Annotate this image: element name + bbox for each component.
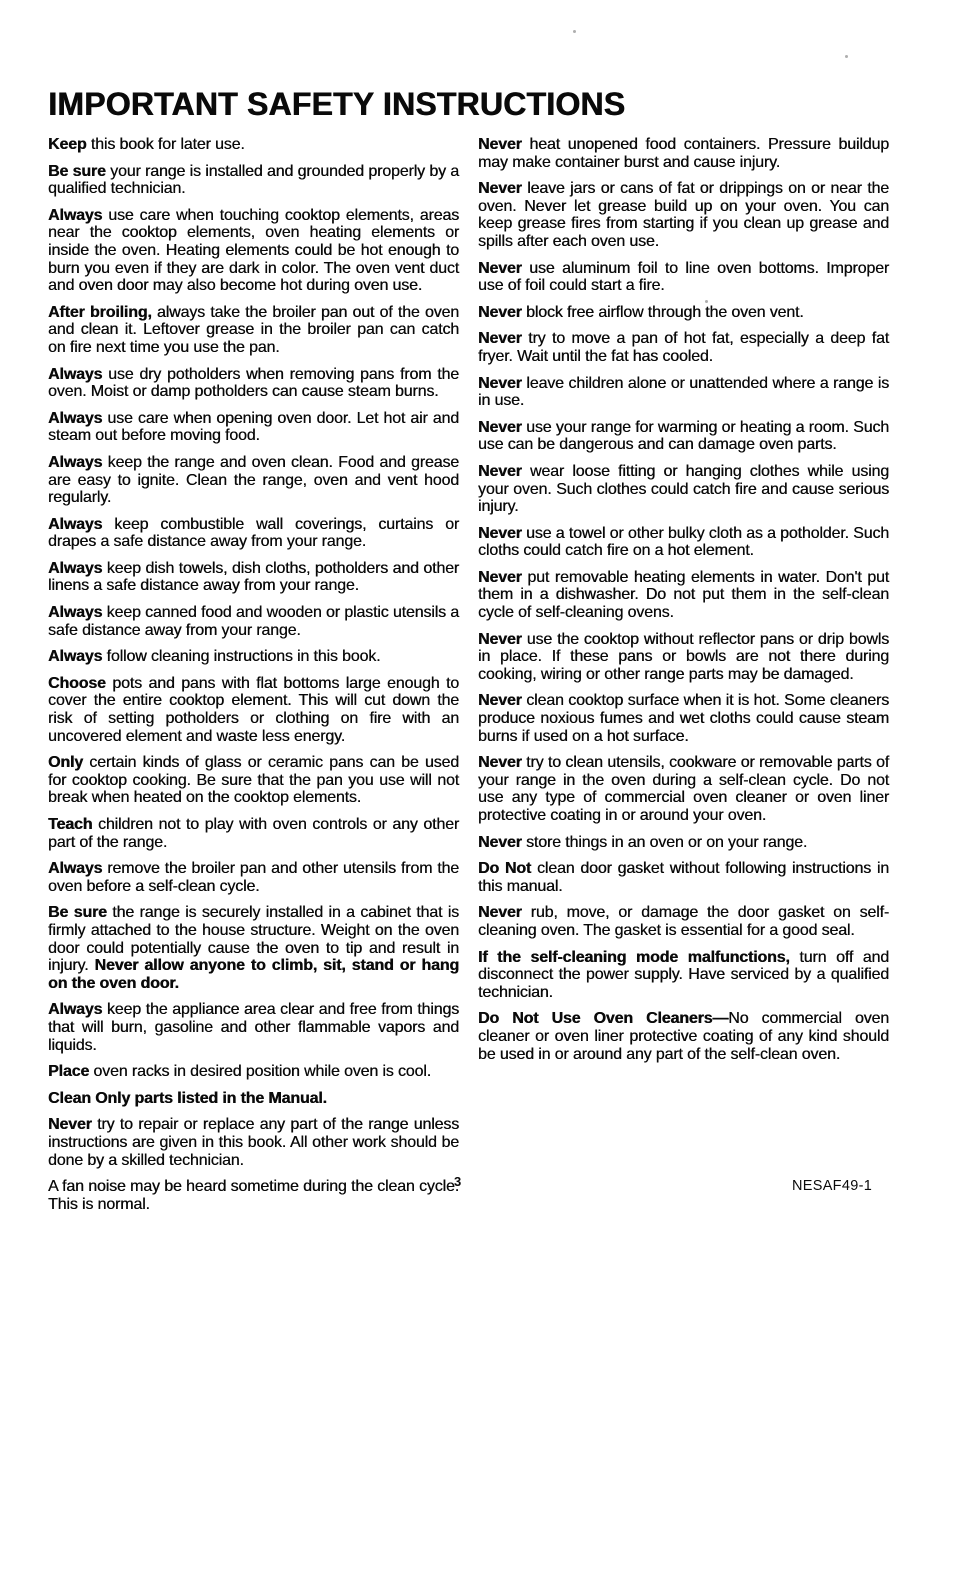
paragraph-lead: After broiling, (48, 304, 152, 321)
paragraph-lead: Never (478, 754, 522, 771)
paragraph-lead: Always (48, 410, 102, 427)
safety-paragraph: Be sure your range is installed and grou… (48, 163, 459, 198)
safety-paragraph: Never try to move a pan of hot fat, espe… (478, 330, 889, 365)
paragraph-lead: Never (478, 180, 522, 197)
scan-speck (845, 55, 848, 58)
paragraph-text: use your range for warming or heating a … (478, 419, 889, 454)
paragraph-text: use dry potholders when removing pans fr… (48, 366, 459, 401)
paragraph-lead: Always (48, 207, 102, 224)
paragraph-text: try to repair or replace any part of the… (48, 1116, 459, 1168)
paragraph-text: keep dish towels, dish cloths, potholder… (48, 560, 459, 595)
paragraph-lead: Always (48, 860, 102, 877)
safety-paragraph: Never try to clean utensils, cookware or… (478, 754, 889, 824)
safety-paragraph: Always keep canned food and wooden or pl… (48, 604, 459, 639)
paragraph-lead: Never (478, 463, 522, 480)
safety-paragraph: Clean Only parts listed in the Manual. (48, 1090, 459, 1108)
safety-paragraph: If the self-cleaning mode malfunctions, … (478, 949, 889, 1002)
paragraph-text: wear loose fitting or hanging clothes wh… (478, 463, 889, 515)
paragraph-text: rub, move, or damage the door gasket on … (478, 904, 889, 939)
safety-paragraph: Never use a towel or other bulky cloth a… (478, 525, 889, 560)
safety-paragraph: Never leave children alone or unattended… (478, 375, 889, 410)
paragraph-lead: Never (478, 904, 522, 921)
paragraph-lead: Choose (48, 675, 106, 692)
safety-paragraph: Do Not Use Oven Cleaners—No commercial o… (478, 1010, 889, 1063)
paragraph-text: heat unopened food containers. Pressure … (478, 136, 889, 171)
safety-paragraph: Never store things in an oven or on your… (478, 834, 889, 852)
safety-paragraph: Never block free airflow through the ove… (478, 304, 889, 322)
safety-paragraph: Never put removable heating elements in … (478, 569, 889, 622)
paragraph-lead: Be sure (48, 163, 106, 180)
paragraph-lead: Never (478, 569, 522, 586)
paragraph-lead: Only (48, 754, 83, 771)
paragraph-lead: Never (48, 1116, 92, 1133)
paragraph-lead: Never (478, 692, 522, 709)
paragraph-text: pots and pans with flat bottoms large en… (48, 675, 459, 745)
paragraph-lead: If the self-cleaning mode malfunctions, (478, 949, 790, 966)
paragraph-lead: Never allow anyone to climb, sit, stand … (48, 957, 459, 992)
safety-paragraph: Always use care when touching cooktop el… (48, 207, 459, 295)
safety-paragraph: Never heat unopened food containers. Pre… (478, 136, 889, 171)
paragraph-lead: Be sure (48, 904, 107, 921)
paragraph-text: keep canned food and wooden or plastic u… (48, 604, 459, 639)
paragraph-text: use aluminum foil to line oven bottoms. … (478, 260, 889, 295)
safety-paragraph: Always keep the range and oven clean. Fo… (48, 454, 459, 507)
safety-paragraph: Place oven racks in desired position whi… (48, 1063, 459, 1081)
paragraph-text: remove the broiler pan and other utensil… (48, 860, 459, 895)
safety-paragraph: Always keep combustible wall coverings, … (48, 516, 459, 551)
page-number: 3 (454, 1174, 461, 1189)
safety-paragraph: After broiling, always take the broiler … (48, 304, 459, 357)
paragraph-lead: Always (48, 454, 102, 471)
safety-paragraph: Never clean cooktop surface when it is h… (478, 692, 889, 745)
safety-paragraph: Always keep the appliance area clear and… (48, 1001, 459, 1054)
safety-paragraph: Never leave jars or cans of fat or dripp… (478, 180, 889, 250)
scan-speck (573, 30, 576, 33)
safety-paragraph: Always use dry potholders when removing … (48, 366, 459, 401)
paragraph-lead: Teach (48, 816, 92, 833)
paragraph-text: oven racks in desired position while ove… (89, 1063, 431, 1080)
safety-paragraph: Never wear loose fitting or hanging clot… (478, 463, 889, 516)
paragraph-lead: Never (478, 419, 522, 436)
safety-paragraph: Never rub, move, or damage the door gask… (478, 904, 889, 939)
scan-speck (705, 300, 708, 303)
safety-paragraph: Be sure the range is securely installed … (48, 904, 459, 992)
paragraph-text: A fan noise may be heard sometime during… (48, 1178, 459, 1213)
two-column-layout: Keep this book for later use.Be sure you… (48, 136, 890, 1222)
paragraph-lead: Never (478, 330, 522, 347)
safety-paragraph: Never use the cooktop without reflector … (478, 631, 889, 684)
paragraph-lead: Never (478, 260, 522, 277)
paragraph-lead: Always (48, 604, 102, 621)
paragraph-lead: Never (478, 525, 522, 542)
doc-code: NESAF49-1 (792, 1178, 872, 1194)
safety-paragraph: Always use care when opening oven door. … (48, 410, 459, 445)
safety-paragraph: Keep this book for later use. (48, 136, 459, 154)
paragraph-lead: Always (48, 516, 102, 533)
paragraph-lead: Always (48, 648, 102, 665)
paragraph-lead: Always (48, 366, 102, 383)
paragraph-text: keep the appliance area clear and free f… (48, 1001, 459, 1053)
paragraph-text: children not to play with oven controls … (48, 816, 459, 851)
paragraph-lead: Never (478, 631, 522, 648)
paragraph-text: use a towel or other bulky cloth as a po… (478, 525, 889, 560)
paragraph-text: clean cooktop surface when it is hot. So… (478, 692, 889, 744)
safety-paragraph: Never try to repair or replace any part … (48, 1116, 459, 1169)
paragraph-text: this book for later use. (87, 136, 245, 153)
paragraph-text: store things in an oven or on your range… (522, 834, 807, 851)
paragraph-text: try to move a pan of hot fat, especially… (478, 330, 889, 365)
safety-paragraph: Never use aluminum foil to line oven bot… (478, 260, 889, 295)
paragraph-text: clean door gasket without following inst… (478, 860, 889, 895)
paragraph-lead: Keep (48, 136, 87, 153)
paragraph-text: certain kinds of glass or ceramic pans c… (48, 754, 459, 806)
paragraph-lead: Always (48, 560, 102, 577)
safety-paragraph: Choose pots and pans with flat bottoms l… (48, 675, 459, 745)
paragraph-lead: Never (478, 136, 522, 153)
safety-paragraph: Always follow cleaning instructions in t… (48, 648, 459, 666)
paragraph-text: use the cooktop without reflector pans o… (478, 631, 889, 683)
safety-paragraph: Only certain kinds of glass or ceramic p… (48, 754, 459, 807)
paragraph-text: your range is installed and grounded pro… (48, 163, 459, 198)
paragraph-text: follow cleaning instructions in this boo… (102, 648, 380, 665)
safety-paragraph: A fan noise may be heard sometime during… (48, 1178, 459, 1213)
left-column: Keep this book for later use.Be sure you… (48, 136, 459, 1222)
paragraph-text: block free airflow through the oven vent… (522, 304, 804, 321)
paragraph-lead: Clean Only parts listed in the Manual. (48, 1090, 327, 1107)
paragraph-text: use care when touching cooktop elements,… (48, 207, 459, 294)
paragraph-text: try to clean utensils, cookware or remov… (478, 754, 889, 824)
paragraph-lead: Never (478, 304, 522, 321)
right-column: Never heat unopened food containers. Pre… (478, 136, 889, 1222)
manual-page: IMPORTANT SAFETY INSTRUCTIONS Keep this … (0, 0, 954, 1581)
safety-paragraph: Never use your range for warming or heat… (478, 419, 889, 454)
paragraph-lead: Never (478, 375, 522, 392)
paragraph-text: keep combustible wall coverings, curtain… (48, 516, 459, 551)
paragraph-lead: Never (478, 834, 522, 851)
paragraph-lead: Do Not Use Oven Cleaners— (478, 1010, 728, 1027)
safety-paragraph: Always remove the broiler pan and other … (48, 860, 459, 895)
paragraph-text: put removable heating elements in water.… (478, 569, 889, 621)
paragraph-lead: Do Not (478, 860, 531, 877)
page-title: IMPORTANT SAFETY INSTRUCTIONS (48, 86, 625, 123)
paragraph-lead: Place (48, 1063, 89, 1080)
paragraph-lead: Always (48, 1001, 102, 1018)
safety-paragraph: Do Not clean door gasket without followi… (478, 860, 889, 895)
paragraph-text: leave children alone or unattended where… (478, 375, 889, 410)
paragraph-text: leave jars or cans of fat or drippings o… (478, 180, 889, 250)
safety-paragraph: Teach children not to play with oven con… (48, 816, 459, 851)
safety-paragraph: Always keep dish towels, dish cloths, po… (48, 560, 459, 595)
paragraph-text: keep the range and oven clean. Food and … (48, 454, 459, 506)
paragraph-text: use care when opening oven door. Let hot… (48, 410, 459, 445)
